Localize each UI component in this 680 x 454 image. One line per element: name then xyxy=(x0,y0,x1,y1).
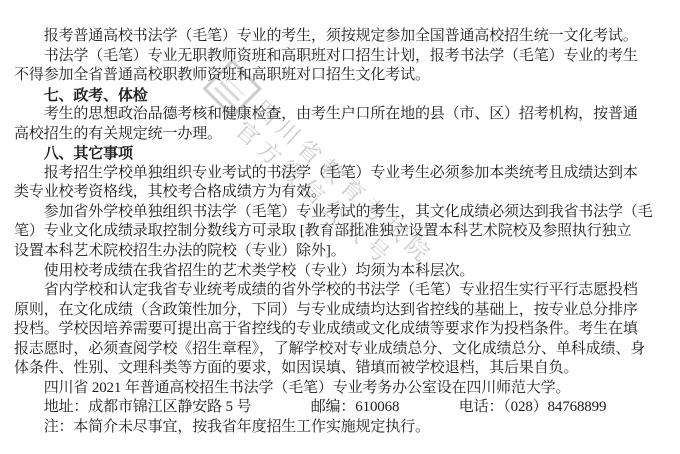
body-line: 考生的思想政治品德考核和健康检查，由考生户口所在地的县（市、区）招考机构，按普通 xyxy=(14,105,666,125)
body-line: 使用校考成绩在我省招生的艺术类学校（专业）均须为本科层次。 xyxy=(14,262,666,282)
section-heading-other-matters: 八、其它事项 xyxy=(14,144,666,164)
body-line: 原则，在文化成绩（含政策性加分，下同）与专业成绩均达到省控线的基础上，按专业总分… xyxy=(14,301,666,321)
section-heading-politics-physical: 七、政考、体检 xyxy=(14,86,666,106)
body-line: 书法学（毛笔）专业无职教师资班和高职班对口招生计划，报考书法学（毛笔）专业的考生 xyxy=(14,47,666,67)
body-line: 省内学校和认定我省专业统考成绩的省外学校的书法学（毛笔）专业招生实行平行志愿投档 xyxy=(14,281,666,301)
note-line: 注：本简介未尽事宜，按我省年度招生工作实施规定执行。 xyxy=(14,418,666,438)
body-line: 体条件、性别、文理科类等方面的要求，如因误填、错填而被学校退档，其后果自负。 xyxy=(14,359,666,379)
address-contact-line: 地址：成都市锦江区静安路 5 号 邮编：610068 电话：（028）84768… xyxy=(14,398,666,418)
body-line: 报考普通高校书法学（毛笔）专业的考生，须按规定参加全国普通高校招生统一文化考试。 xyxy=(14,27,666,47)
office-location-line: 四川省 2021 年普通高校招生书法学（毛笔）专业考务办公室设在四川师范大学。 xyxy=(14,379,666,399)
body-line: 参加省外学校单独组织书法学（毛笔）专业考试的考生，其文化成绩必须达到我省书法学（… xyxy=(14,203,666,223)
document-body: 报考普通高校书法学（毛笔）专业的考生，须按规定参加全国普通高校招生统一文化考试。… xyxy=(14,27,666,437)
body-line: 报志愿时，必须查阅学校《招生章程》，了解学校对专业成绩总分、文化成绩总分、单科成… xyxy=(14,340,666,360)
body-line: 笔）专业文化成绩录取控制分数线方可录取 [教育部批准独立设置本科艺术院校及参照执… xyxy=(14,222,666,242)
body-line: 报考招生学校单独组织专业考试的书法学（毛笔）专业考生必须参加本类统考且成绩达到本 xyxy=(14,164,666,184)
body-line: 不得参加全省普通高校职教师资班和高职班对口招生文化考试。 xyxy=(14,66,666,86)
body-line: 投档。学校因培养需要可提出高于省控线的专业成绩或文化成绩等要求作为投档条件。考生… xyxy=(14,320,666,340)
body-line: 类专业校考资格线，其校考合格成绩方为有效。 xyxy=(14,183,666,203)
body-line: 设置本科艺术院校招生办法的院校（专业）除外]。 xyxy=(14,242,666,262)
body-line: 高校招生的有关规定统一办理。 xyxy=(14,125,666,145)
document-page: 四川省教育考试院 官方微信公众号 报考普通高校书法学（毛笔）专业的考生，须按规定… xyxy=(0,0,680,454)
